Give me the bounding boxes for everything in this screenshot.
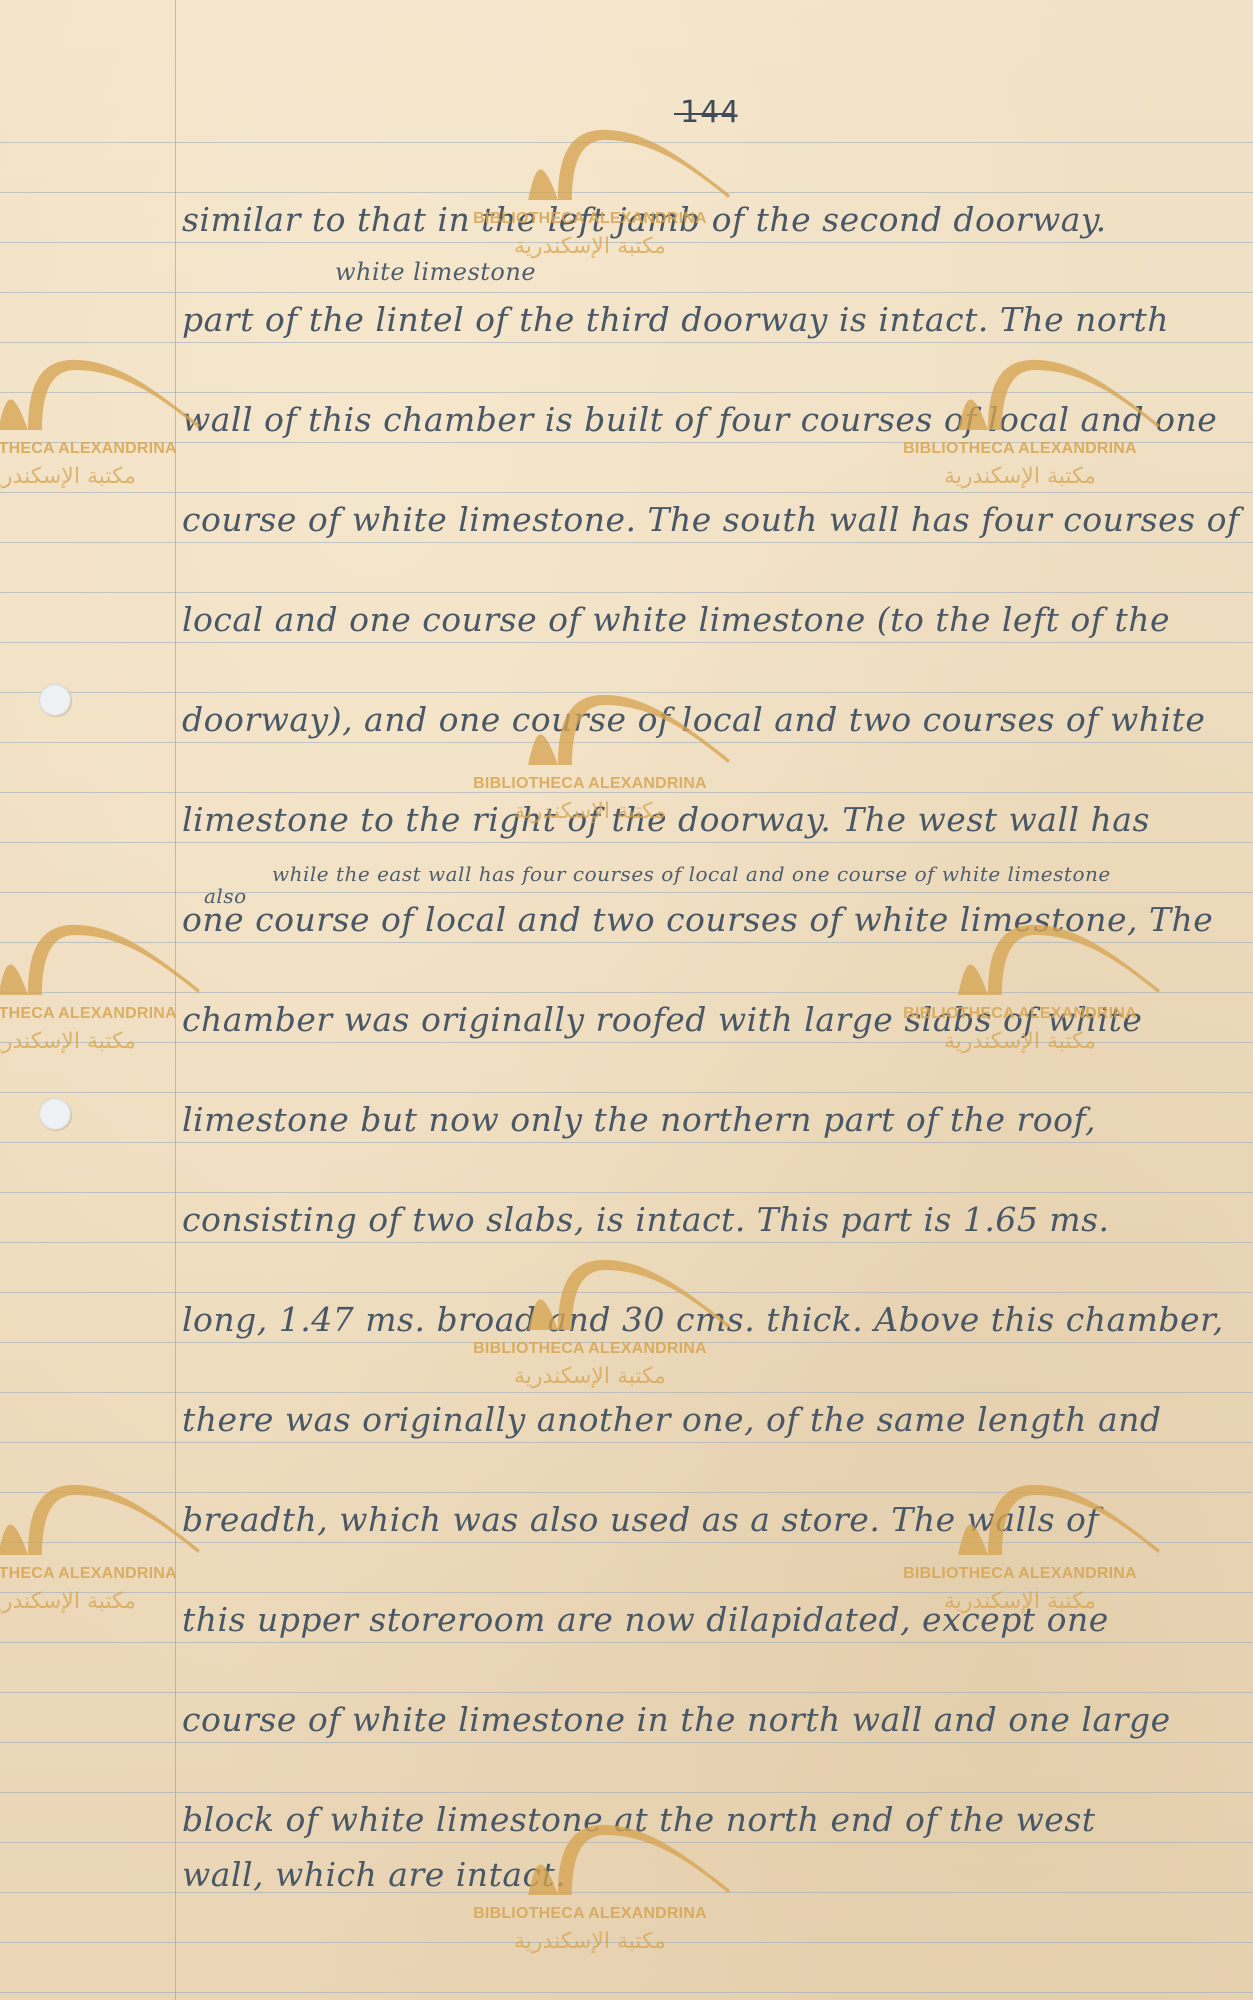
rule-line [0,692,1253,693]
rule-line [0,742,1253,743]
rule-line [0,1192,1253,1193]
arch-logo-icon [0,1465,210,1565]
rule-line [0,1992,1253,1993]
rule-line [0,1342,1253,1343]
rule-line [0,1592,1253,1593]
rule-line [0,1142,1253,1143]
text-line: limestone to the right of the doorway. T… [182,800,1150,839]
text-line: limestone but now only the northern part… [182,1100,1096,1139]
rule-line [0,1442,1253,1443]
watermark: BIBLIOTHECA ALEXANDRINAمكتبة الإسكندرية [0,340,210,510]
watermark-label-ar: مكتبة الإسكندرية [0,464,210,489]
text-line: chamber was originally roofed with large… [182,1000,1142,1039]
rule-line [0,1042,1253,1043]
text-line: course of white limestone. The south wal… [182,500,1240,539]
text-line: course of white limestone in the north w… [182,1700,1171,1739]
rule-line [0,1742,1253,1743]
rule-line [0,892,1253,893]
text-line: wall, which are intact. [182,1855,566,1894]
rule-line [0,542,1253,543]
interlinear-insertion: while the east wall has four courses of … [272,862,1111,886]
rule-line [0,1542,1253,1543]
watermark: BIBLIOTHECA ALEXANDRINAمكتبة الإسكندرية [0,1465,210,1635]
watermark-label-en: BIBLIOTHECA ALEXANDRINA [440,1905,740,1923]
rule-line [0,1242,1253,1243]
margin-line [175,0,176,2000]
rule-line [0,942,1253,943]
text-line: block of white limestone at the north en… [182,1800,1096,1839]
text-line: consisting of two slabs, is intact. This… [182,1200,1110,1239]
rule-line [0,1642,1253,1643]
rule-line [0,442,1253,443]
manuscript-page: 144 similar to that in the left jamb of … [0,0,1253,2000]
text-line: part of the lintel of the third doorway … [182,300,1169,339]
text-line: similar to that in the left jamb of the … [182,200,1107,239]
text-line: breadth, which was also used as a store.… [182,1500,1099,1539]
rule-line [0,1942,1253,1943]
arch-logo-icon [0,905,210,1005]
arch-logo-icon [0,340,210,440]
page-number: 144 [680,95,740,130]
watermark-label-ar: مكتبة الإسكندرية [440,1929,740,1954]
watermark-label-en: BIBLIOTHECA ALEXANDRINA [0,1005,210,1023]
text-line: long, 1.47 ms. broad and 30 cms. thick. … [182,1300,1224,1339]
rule-line [0,192,1253,193]
rule-line [0,792,1253,793]
rule-line [0,242,1253,243]
rule-line [0,392,1253,393]
rule-line [0,592,1253,593]
rule-line [0,1492,1253,1493]
rule-line [0,1842,1253,1843]
watermark-label-en: BIBLIOTHECA ALEXANDRINA [440,1340,740,1358]
punch-hole [39,684,71,716]
watermark: BIBLIOTHECA ALEXANDRINAمكتبة الإسكندرية [0,905,210,1075]
watermark-label-ar: مكتبة الإسكندرية [0,1589,210,1614]
page-number-strike [674,113,734,115]
rule-line [0,1292,1253,1293]
watermark-label-ar: مكتبة الإسكندرية [870,464,1170,489]
text-line: there was originally another one, of the… [182,1400,1162,1439]
text-line: local and one course of white limestone … [182,600,1170,639]
rule-line [0,1092,1253,1093]
text-line: doorway), and one course of local and tw… [182,700,1205,739]
rule-line [0,992,1253,993]
watermark-label-en: BIBLIOTHECA ALEXANDRINA [440,775,740,793]
watermark-label-en: BIBLIOTHECA ALEXANDRINA [870,1565,1170,1583]
rule-line [0,292,1253,293]
text-line: wall of this chamber is built of four co… [182,400,1217,439]
rule-line [0,1692,1253,1693]
watermark-label-en: BIBLIOTHECA ALEXANDRINA [0,440,210,458]
rule-line [0,1792,1253,1793]
watermark: BIBLIOTHECA ALEXANDRINAمكتبة الإسكندرية [440,110,740,280]
rule-line [0,142,1253,143]
text-line: this upper storeroom are now dilapidated… [182,1600,1109,1639]
rule-line [0,1392,1253,1393]
watermark-label-en: BIBLIOTHECA ALEXANDRINA [870,440,1170,458]
rule-line [0,842,1253,843]
text-line: one course of local and two courses of w… [182,900,1213,939]
interlinear-insertion: white limestone [335,258,536,286]
rule-line [0,342,1253,343]
watermark-label-ar: مكتبة الإسكندرية [0,1029,210,1054]
punch-hole [39,1098,71,1130]
rule-line [0,642,1253,643]
rule-line [0,492,1253,493]
watermark-label-ar: مكتبة الإسكندرية [440,1364,740,1389]
watermark-label-en: BIBLIOTHECA ALEXANDRINA [0,1565,210,1583]
